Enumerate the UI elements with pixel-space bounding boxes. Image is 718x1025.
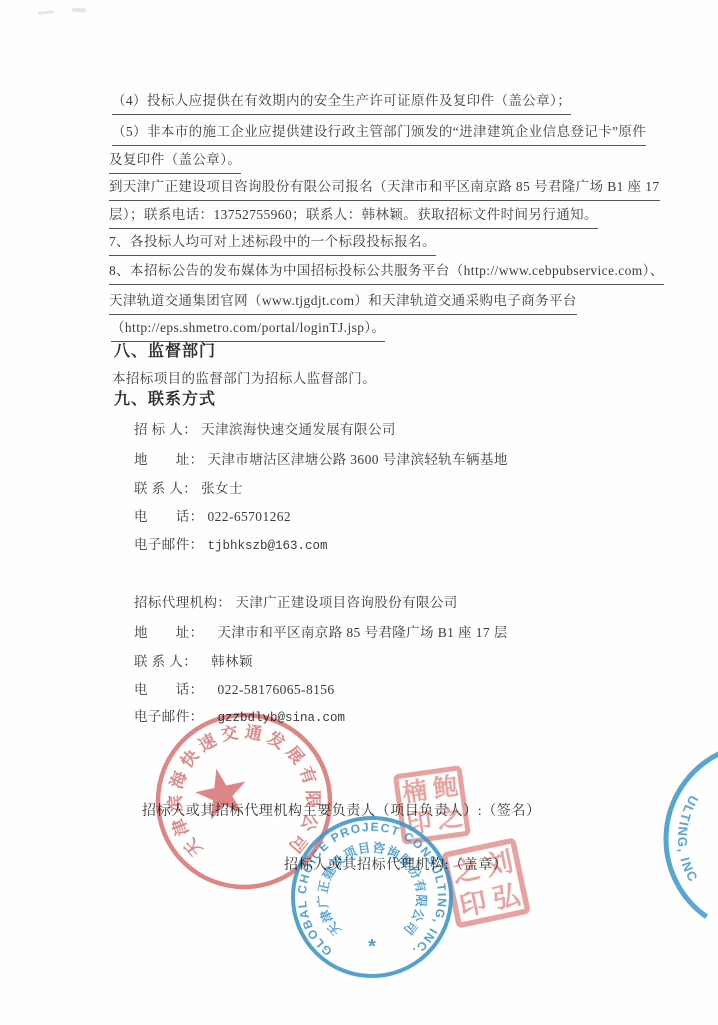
signature-line-responsible-person: 招标人或其招标代理机构主要负责人（项目负责人）:（签名） — [142, 803, 541, 821]
seal-char: 弘 — [490, 879, 524, 914]
blue-stamp-english-text: GLOBAL CHOICE PROJECT CONSULTING, INC. — [295, 820, 449, 959]
paragraph-line: 7、各投标人均可对上述标段中的一个标段投标报名。 — [109, 233, 436, 256]
stamp-ring — [293, 818, 451, 976]
agency-row-address: 地 址：天津市和平区南京路 85 号君隆广场 B1 座 17 层 — [134, 621, 508, 641]
stamp-ring — [666, 753, 718, 917]
blue-round-stamp: GLOBAL CHOICE PROJECT CONSULTING, INC. 天… — [293, 818, 451, 976]
blue-partial-stamp: ULTING, INC — [666, 753, 718, 917]
tenderer-row-name: 招 标 人：天津滨海快速交通发展有限公司 — [134, 418, 396, 438]
personal-seal-liu: 之 刘 印 弘 — [444, 841, 527, 926]
supervision-body-text: 本招标项目的监督部门为招标人监督部门。 — [112, 370, 376, 388]
tenderer-row-email: 电子邮件：tjbhkszb@163.com — [134, 533, 328, 553]
paragraph-line: （4）投标人应提供在有效期内的安全生产许可证原件及复印件（盖公章）； — [112, 92, 571, 115]
blue-stamp-bottom-mark: * — [368, 936, 376, 958]
signature-line-org-seal: 招标人或其招标代理机构:（盖章） — [284, 857, 508, 875]
field-label: 联 系 人： — [134, 481, 197, 496]
field-value: 天津滨海快速交通发展有限公司 — [201, 422, 396, 437]
seal-char: 印 — [457, 887, 490, 922]
seal-border — [444, 841, 527, 926]
scan-smudge — [38, 10, 54, 15]
field-label: 招 标 人： — [134, 422, 197, 437]
field-label: 地 址： — [134, 625, 204, 640]
svg-text:天津广正建设项目咨询股份有限公司: 天津广正建设项目咨询股份有限公司 — [315, 840, 429, 939]
scanned-document-page: （4）投标人应提供在有效期内的安全生产许可证原件及复印件（盖公章）； （5）非本… — [0, 0, 718, 1025]
field-label: 招标代理机构： — [134, 595, 231, 610]
field-value: tjbhkszb@163.com — [208, 539, 328, 553]
tenderer-row-contact-person: 联 系 人：张女士 — [134, 477, 243, 497]
field-label: 地 址： — [134, 452, 204, 467]
svg-text:ULTING, INC: ULTING, INC — [675, 793, 701, 885]
partial-stamp-text: ULTING, INC — [675, 793, 701, 885]
tenderer-row-address: 地 址：天津市塘沽区津塘公路 3600 号津滨轻轨车辆基地 — [134, 448, 508, 468]
agency-row-phone: 电 话：022-58176065-8156 — [134, 678, 335, 698]
field-value: 天津市塘沽区津塘公路 3600 号津滨轻轨车辆基地 — [208, 452, 508, 467]
field-label: 电子邮件： — [134, 709, 204, 724]
paragraph-line: 及复印件（盖公章）。 — [109, 151, 241, 174]
field-value: gzzbdlyb@sina.com — [218, 711, 346, 725]
blue-stamp-chinese-text: 天津广正建设项目咨询股份有限公司 — [315, 840, 429, 939]
scan-smudge — [72, 8, 86, 13]
field-value: 张女士 — [201, 481, 243, 496]
field-value: 022-58176065-8156 — [218, 682, 335, 697]
field-value: 天津市和平区南京路 85 号君隆广场 B1 座 17 层 — [218, 625, 508, 640]
agency-row-name: 招标代理机构：天津广正建设项目咨询股份有限公司 — [134, 591, 458, 611]
svg-text:GLOBAL CHOICE PROJECT CONSULTI: GLOBAL CHOICE PROJECT CONSULTING, INC. — [295, 820, 449, 959]
section-heading-supervision: 八、监督部门 — [114, 343, 216, 361]
seal-char: 鲍 — [430, 771, 460, 803]
field-value: 韩林颖 — [211, 654, 253, 669]
paragraph-line: 8、本招标公告的发布媒体为中国招标投标公共服务平台（http://www.ceb… — [109, 262, 664, 285]
tenderer-row-phone: 电 话：022-65701262 — [134, 505, 291, 525]
field-label: 电子邮件： — [134, 537, 204, 552]
paragraph-line: 层）；联系电话：13752755960；联系人：韩林颖。获取招标文件时间另行通知… — [109, 206, 598, 229]
paragraph-line: （http://eps.shmetro.com/portal/loginTJ.j… — [111, 319, 385, 342]
field-value: 022-65701262 — [208, 509, 292, 524]
paragraph-line: 到天津广正建设项目咨询股份有限公司报名（天津市和平区南京路 85 号君隆广场 B… — [109, 178, 660, 201]
paragraph-line: 天津轨道交通集团官网（www.tjgdjt.com）和天津轨道交通采购电子商务平… — [109, 292, 577, 315]
field-label: 电 话： — [134, 682, 204, 697]
field-value: 天津广正建设项目咨询股份有限公司 — [235, 595, 457, 610]
agency-row-email: 电子邮件：gzzbdlyb@sina.com — [134, 705, 345, 725]
agency-row-contact-person: 联 系 人：韩林颖 — [134, 650, 253, 670]
field-label: 联 系 人： — [134, 654, 197, 669]
svg-text:天津滨海快速交通发展有限公司: 天津滨海快速交通发展有限公司 — [165, 721, 322, 860]
red-stamp-company-text: 天津滨海快速交通发展有限公司 — [165, 721, 322, 860]
paragraph-line: （5）非本市的施工企业应提供建设行政主管部门颁发的“进津建筑企业信息登记卡”原件 — [112, 123, 646, 146]
section-heading-contact: 九、联系方式 — [114, 391, 216, 409]
field-label: 电 话： — [134, 509, 204, 524]
